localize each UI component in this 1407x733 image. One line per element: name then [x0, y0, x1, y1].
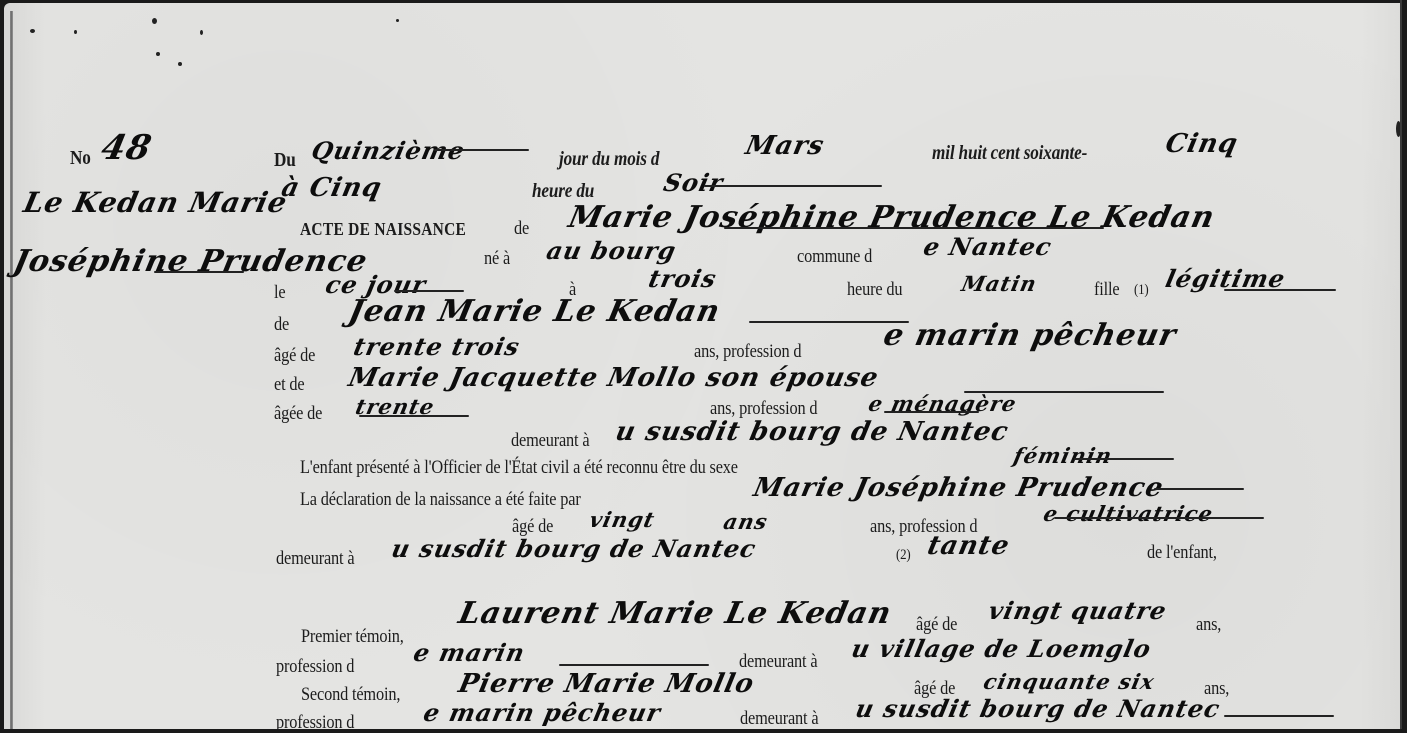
witness1-name: Laurent Marie Le Kedan	[456, 599, 894, 629]
legitimacy-underline	[1224, 289, 1336, 291]
note-1: (1)	[1134, 283, 1149, 298]
birth-place: au bourg	[544, 239, 678, 263]
declaration-sentence: La déclaration de la naissance a été fai…	[300, 490, 581, 509]
ink-speck	[152, 18, 157, 24]
commune-value: e Nantec	[921, 235, 1054, 259]
declarant-residence: u susdit bourg de Nantec	[389, 537, 758, 561]
ink-speck	[178, 62, 182, 66]
day-value: Quinzième	[309, 139, 467, 163]
ink-speck	[200, 30, 203, 35]
father-age: trente trois	[351, 335, 522, 359]
birth-hour: trois	[646, 267, 718, 291]
witness2-residence-label: demeurant à	[740, 709, 818, 728]
declarant-profession: e cultivatrice	[1042, 503, 1216, 524]
witness1-age: vingt quatre	[986, 599, 1169, 623]
residence-label: demeurant à	[511, 431, 589, 450]
witness1-profession-label: profession d	[276, 657, 354, 676]
mother-age: trente	[354, 396, 437, 417]
father-profession-label: ans, profession d	[694, 342, 801, 361]
period-value: Soir	[661, 171, 725, 195]
day-underline	[434, 149, 529, 151]
ink-speck	[156, 52, 160, 56]
ink-speck	[74, 30, 77, 34]
le-label: le	[274, 283, 285, 302]
father-age-label: âgé de	[274, 346, 315, 365]
father-profession: e marin pêcheur	[881, 321, 1179, 351]
sex-underline	[1074, 458, 1174, 460]
scan-bottom-edge	[0, 729, 1407, 733]
year-value: Cinq	[1163, 131, 1240, 157]
act-number: 48	[98, 131, 155, 165]
heure-label: heure du	[532, 181, 594, 201]
birth-day-underline	[394, 290, 464, 292]
witness1-profession-underline	[559, 664, 709, 666]
year-label: mil huit cent soixante-	[932, 143, 1087, 163]
mother-profession-underline	[884, 411, 979, 413]
mother-age-underline	[359, 415, 469, 417]
witness2-label: Second témoin,	[301, 685, 400, 704]
witness2-residence: u susdit bourg de Nantec	[853, 697, 1222, 721]
witness1-label: Premier témoin,	[301, 627, 404, 646]
page-right-edge	[1400, 0, 1402, 733]
child-name-underline	[724, 227, 1104, 229]
margin-given-names: Joséphine Prudence	[11, 247, 371, 277]
father-name-underline	[749, 321, 909, 323]
mother-profession-label: ans, profession d	[710, 399, 817, 418]
margin-surname: Le Kedan Marie	[21, 189, 290, 217]
ink-speck	[30, 29, 35, 33]
jour-du-mois-label: jour du mois d	[559, 149, 659, 169]
mother-name: Marie Jacquette Mollo son épouse	[346, 365, 881, 391]
number-label: No	[70, 148, 91, 168]
mother-et-de-label: et de	[274, 375, 304, 394]
de-lenfant-label: de l'enfant,	[1147, 543, 1217, 562]
ink-speck	[396, 19, 399, 22]
witness1-residence: u village de Loemglo	[849, 637, 1153, 661]
note-2: (2)	[896, 548, 911, 563]
witness1-age-label: âgé de	[916, 615, 957, 634]
declarant-profession-underline	[1054, 517, 1264, 519]
du-label: Du	[274, 150, 296, 170]
declarant-age-unit: ans	[722, 511, 770, 532]
fille-label: fille	[1094, 280, 1119, 299]
hour-value: à Cinq	[279, 175, 384, 201]
parents-residence: u susdit bourg de Nantec	[613, 419, 1011, 445]
month-value: Mars	[743, 133, 826, 159]
declarant-residence-label: demeurant à	[276, 549, 354, 568]
declarant-age: vingt	[588, 509, 657, 530]
witness2-name: Pierre Marie Mollo	[456, 671, 757, 697]
witness2-profession: e marin pêcheur	[421, 701, 663, 725]
register-page: No 48 Le Kedan Marie Joséphine Prudence …	[4, 3, 1402, 729]
father-name: Jean Marie Le Kedan	[346, 297, 723, 327]
mother-age-label: âgée de	[274, 404, 322, 423]
witness1-ans-label: ans,	[1196, 615, 1221, 634]
declarant-underline	[1154, 488, 1244, 490]
witness2-age: cinquante six	[982, 671, 1157, 692]
birth-period: Matin	[960, 273, 1039, 294]
child-sex: féminin	[1012, 445, 1115, 466]
margin-underline	[154, 271, 244, 273]
recognition-sentence: L'enfant présenté à l'Officier de l'État…	[300, 458, 738, 477]
binding-edge	[10, 11, 13, 731]
heure-du-label: heure du	[847, 280, 902, 299]
act-de-label: de	[514, 219, 529, 238]
ne-a-label: né à	[484, 249, 510, 268]
declarant-name: Marie Joséphine Prudence	[751, 475, 1166, 501]
commune-label: commune d	[797, 247, 872, 266]
legitimacy: légitime	[1163, 267, 1287, 291]
act-title: ACTE DE NAISSANCE	[300, 220, 466, 238]
witness2-residence-underline	[1224, 715, 1334, 717]
witness1-profession: e marin	[411, 641, 527, 665]
father-de-label: de	[274, 315, 289, 334]
declarant-relation: tante	[925, 533, 1012, 559]
period-underline	[704, 185, 882, 187]
